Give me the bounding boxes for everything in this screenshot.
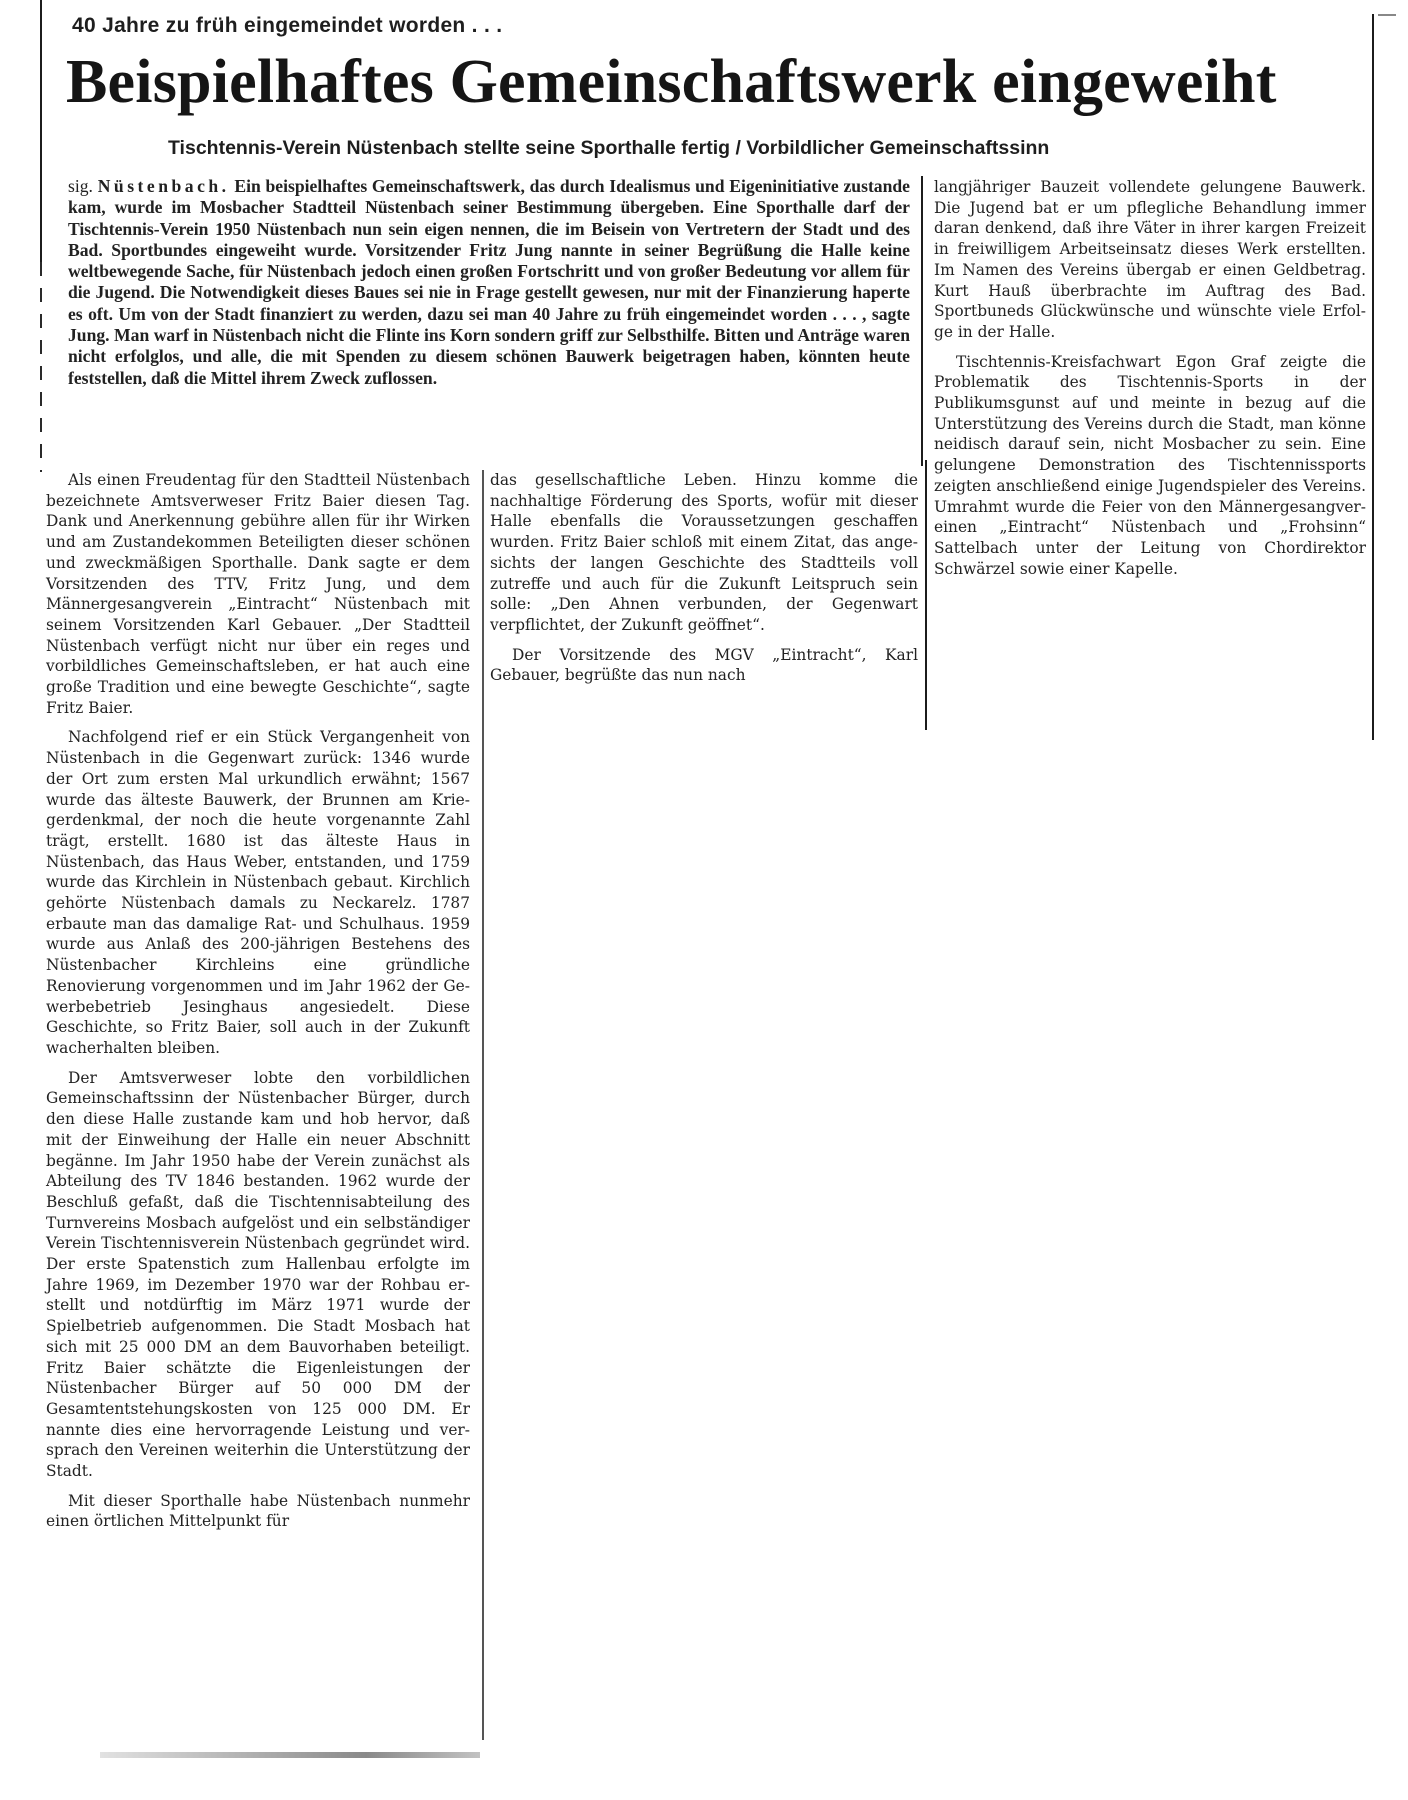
- article-headline: Beispielhaftes Gemeinschaftswerk eingewe…: [66, 46, 1356, 118]
- column2-divider-rule: [925, 460, 927, 730]
- scan-smudge: [100, 1752, 480, 1758]
- article-lead: sig. Nüstenbach. Ein beispielhaftes Geme…: [68, 176, 910, 389]
- left-edge-rule: [40, 0, 42, 262]
- paragraph: Nachfolgend rief er ein Stück Vergan­gen…: [46, 727, 470, 1058]
- lead-byline: sig.: [68, 176, 93, 196]
- paragraph: das gesellschaftliche Leben. Hinzu komme…: [490, 470, 918, 636]
- paragraph: Tischtennis-Kreisfachwart Egon Graf zeig…: [934, 352, 1366, 580]
- lead-dateline: Nüstenbach.: [98, 176, 230, 196]
- article-column-2: das gesellschaftliche Leben. Hinzu komme…: [490, 470, 918, 695]
- lead-text: Ein beispielhaftes Gemeinschaftswerk, da…: [68, 176, 910, 388]
- article-column-1: Als einen Freudentag für den Stadtteil N…: [46, 470, 470, 1541]
- column1-divider-rule: [482, 470, 484, 1740]
- article-column-3: langjähriger Bauzeit vollendete gelungen…: [934, 177, 1366, 588]
- article-subhead: Tischtennis-Verein Nüstenbach stellte se…: [168, 137, 1049, 160]
- paragraph: Der Amtsverweser lobte den vorbildli­che…: [46, 1068, 470, 1482]
- paragraph: Der Vorsitzende des MGV „Eintracht“, Kar…: [490, 645, 918, 686]
- left-edge-rule-dotted: [40, 262, 42, 472]
- paragraph: langjähriger Bauzeit vollendete gelungen…: [934, 177, 1366, 343]
- newspaper-clipping: 40 Jahre zu früh eingemeindet worden . .…: [0, 0, 1408, 1800]
- paragraph: Mit dieser Sporthalle habe Nüstenbach nu…: [46, 1491, 470, 1532]
- article-kicker: 40 Jahre zu früh eingemeindet worden . .…: [72, 14, 502, 38]
- right-edge-rule: [1372, 14, 1374, 740]
- corner-mark: [1378, 14, 1396, 16]
- paragraph: Als einen Freudentag für den Stadtteil N…: [46, 470, 470, 718]
- lead-divider-rule: [921, 176, 923, 466]
